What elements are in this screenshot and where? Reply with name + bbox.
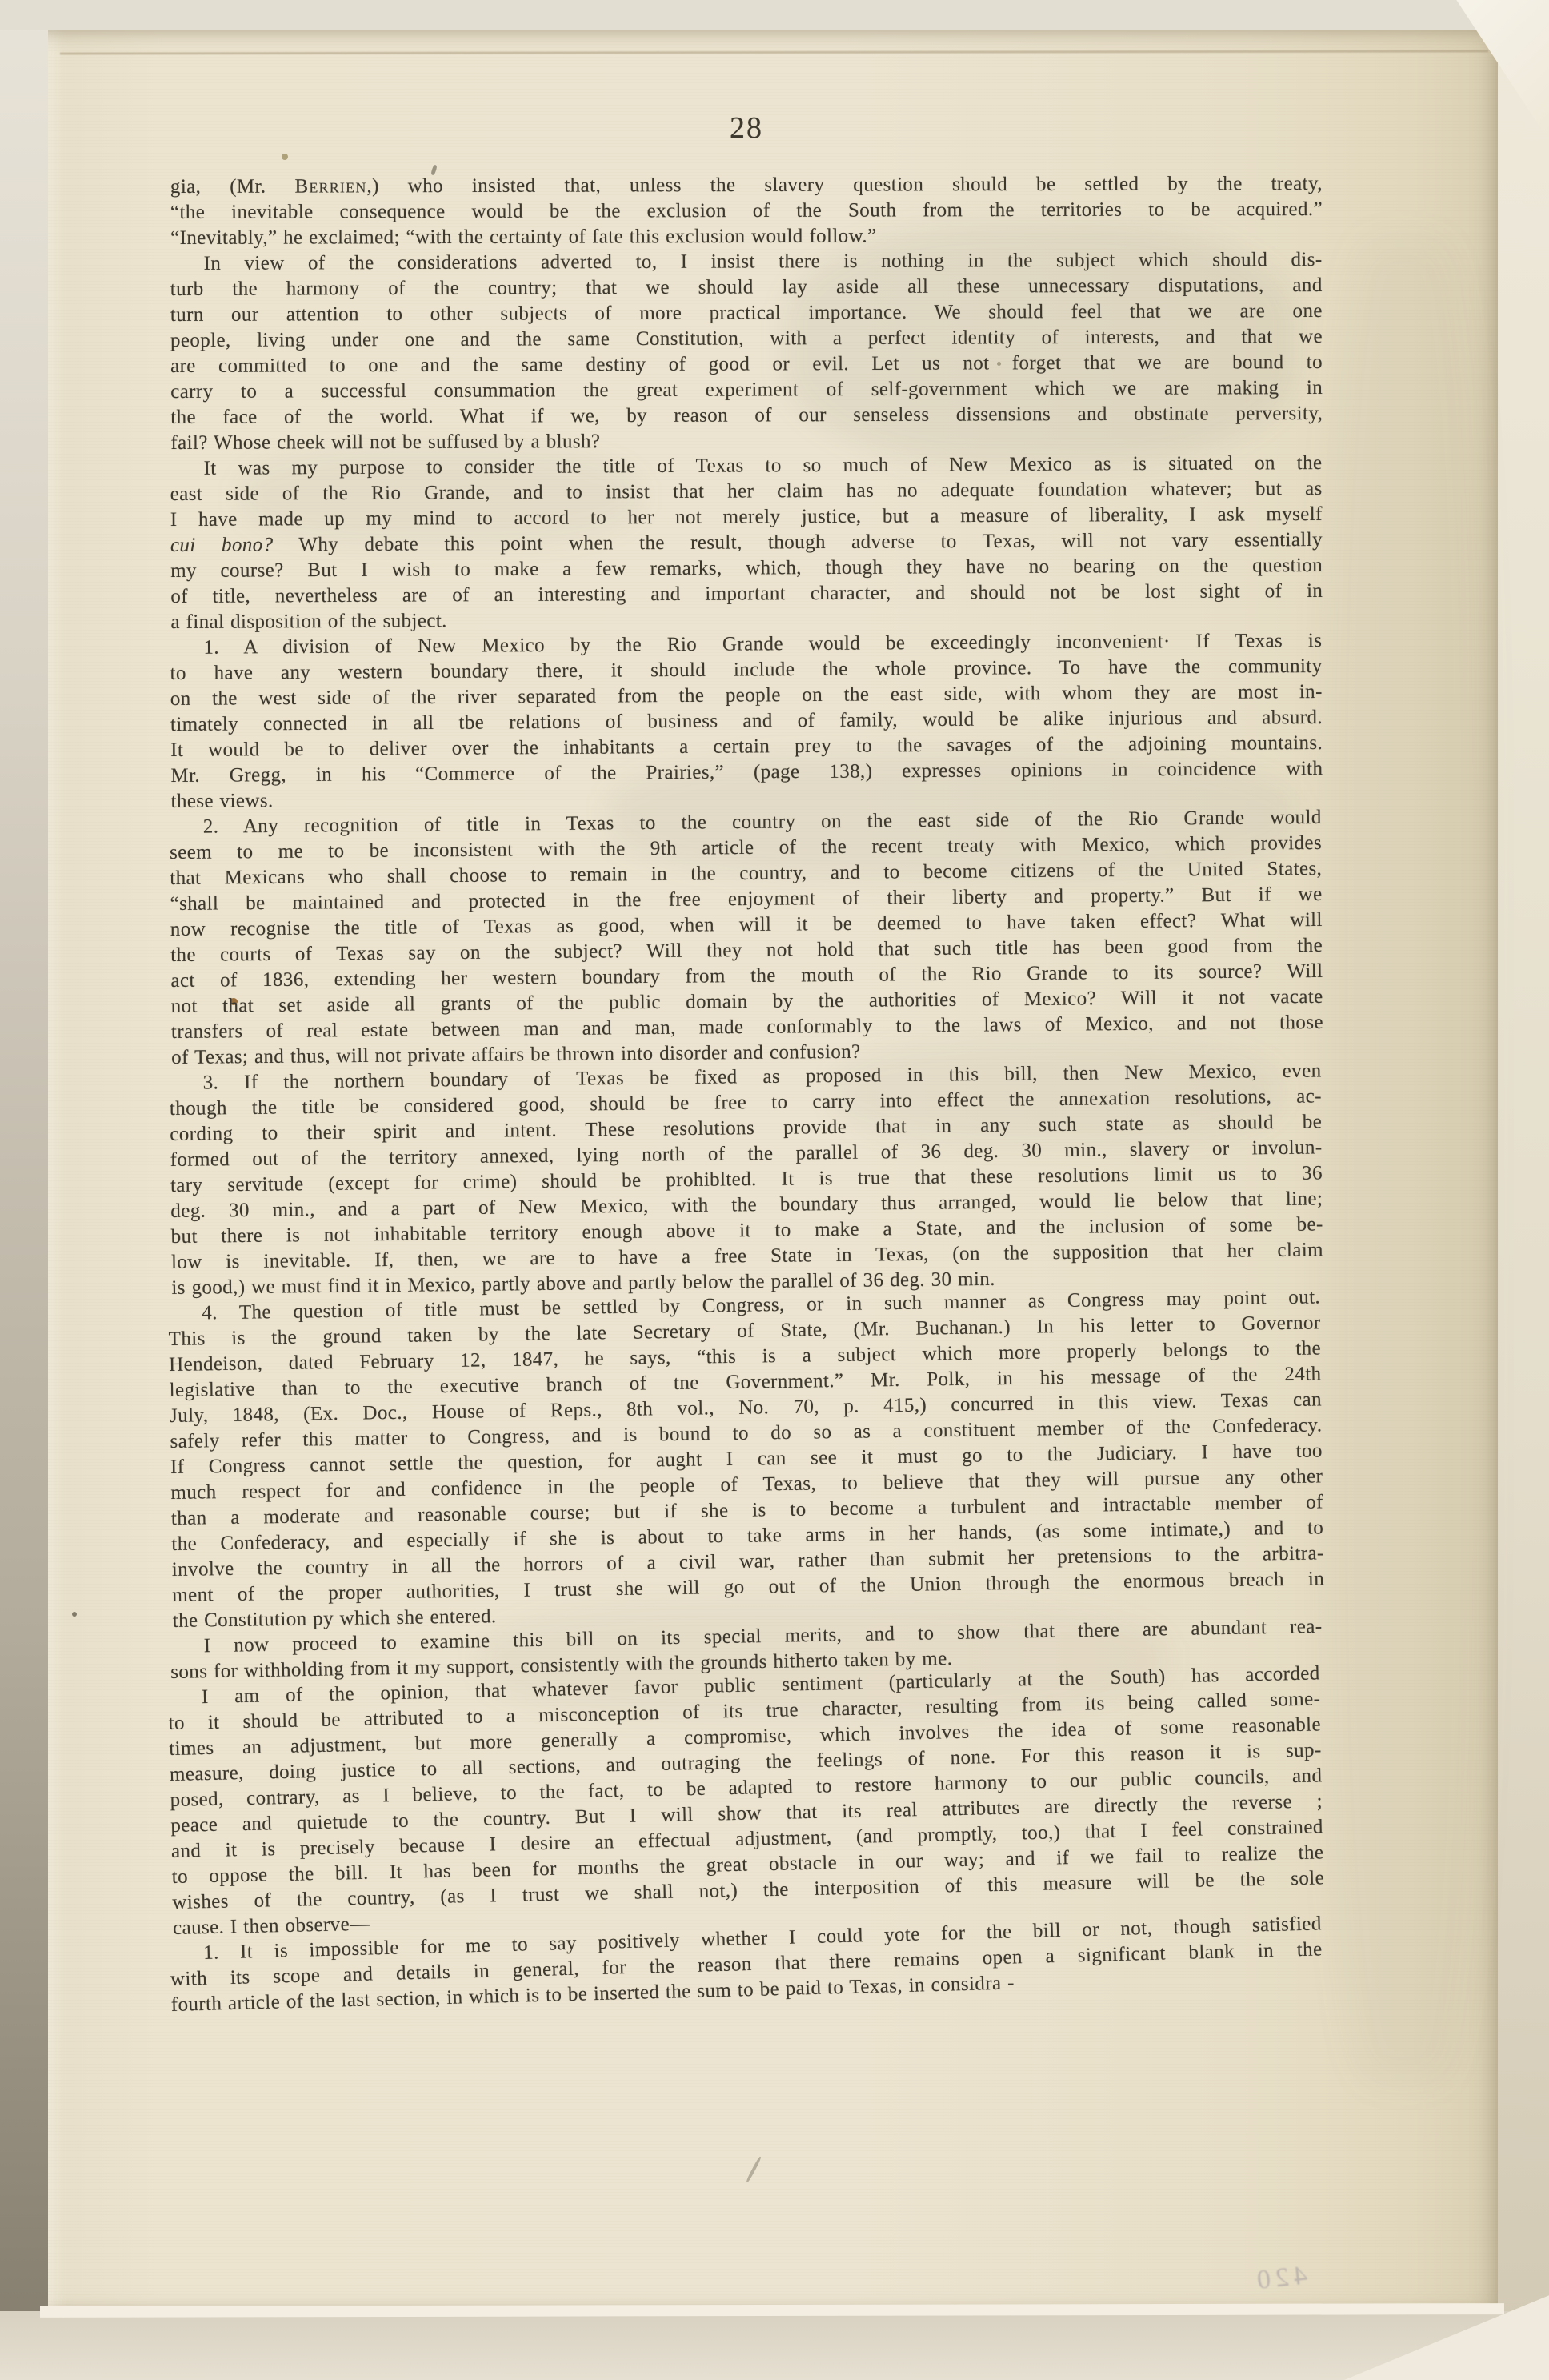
scan-background-top — [0, 0, 1549, 30]
text-line: turb the harmony of the country; that we… — [170, 273, 1323, 303]
text-line: “the inevitable consequence would be the… — [170, 197, 1323, 226]
text-line: carry to a successful consummation the g… — [170, 375, 1323, 405]
text-line: turn our attention to other subjects of … — [170, 299, 1323, 328]
ink-show-through — [1324, 240, 1484, 2081]
page-number: 28 — [170, 110, 1323, 146]
paragraph: 3. If the northern boundary of Texas be … — [169, 1058, 1323, 1301]
scanned-document-page: 28 gia, (Mr. Berrien,) who insisted that… — [0, 0, 1549, 2380]
adjacent-page-edge — [1498, 0, 1549, 2380]
text-line: the face of the world. What if we, by re… — [170, 401, 1323, 431]
paragraph: I am of the opinion, that whatever favor… — [168, 1661, 1325, 1941]
paragraph: 1. A division of New Mexico by the Rio G… — [170, 628, 1323, 815]
paragraph: gia, (Mr. Berrien,) who insisted that, u… — [170, 171, 1323, 251]
paragraph: In view of the considerations adverted t… — [170, 247, 1323, 456]
paragraph: It was my purpose to consider the title … — [170, 451, 1323, 635]
text-line: In view of the considerations adverted t… — [170, 247, 1323, 277]
scan-background-bottom — [0, 2311, 1549, 2380]
paragraph: 2. Any recognition of title in Texas to … — [170, 805, 1324, 1071]
text-line: people, living under one and the same Co… — [170, 324, 1323, 354]
smallcaps-name: Berrien — [294, 175, 366, 197]
text-line: gia, (Mr. Berrien,) who insisted that, u… — [170, 171, 1323, 200]
paragraph: 4. The question of title must be settled… — [168, 1284, 1325, 1634]
foxing-speck — [282, 154, 288, 160]
scan-background-left — [0, 0, 48, 2380]
text-line: are committed to one and the same destin… — [170, 350, 1323, 379]
text-line: “Inevitably,” he exclaimed; “with the ce… — [170, 222, 1323, 251]
verso-show-through-number: 420 — [1251, 2260, 1309, 2296]
foxing-speck — [72, 1612, 77, 1617]
page-text: gia, (Mr. Berrien,) who insisted that, u… — [170, 174, 1323, 2018]
italic-phrase: cui bono? — [170, 534, 274, 556]
